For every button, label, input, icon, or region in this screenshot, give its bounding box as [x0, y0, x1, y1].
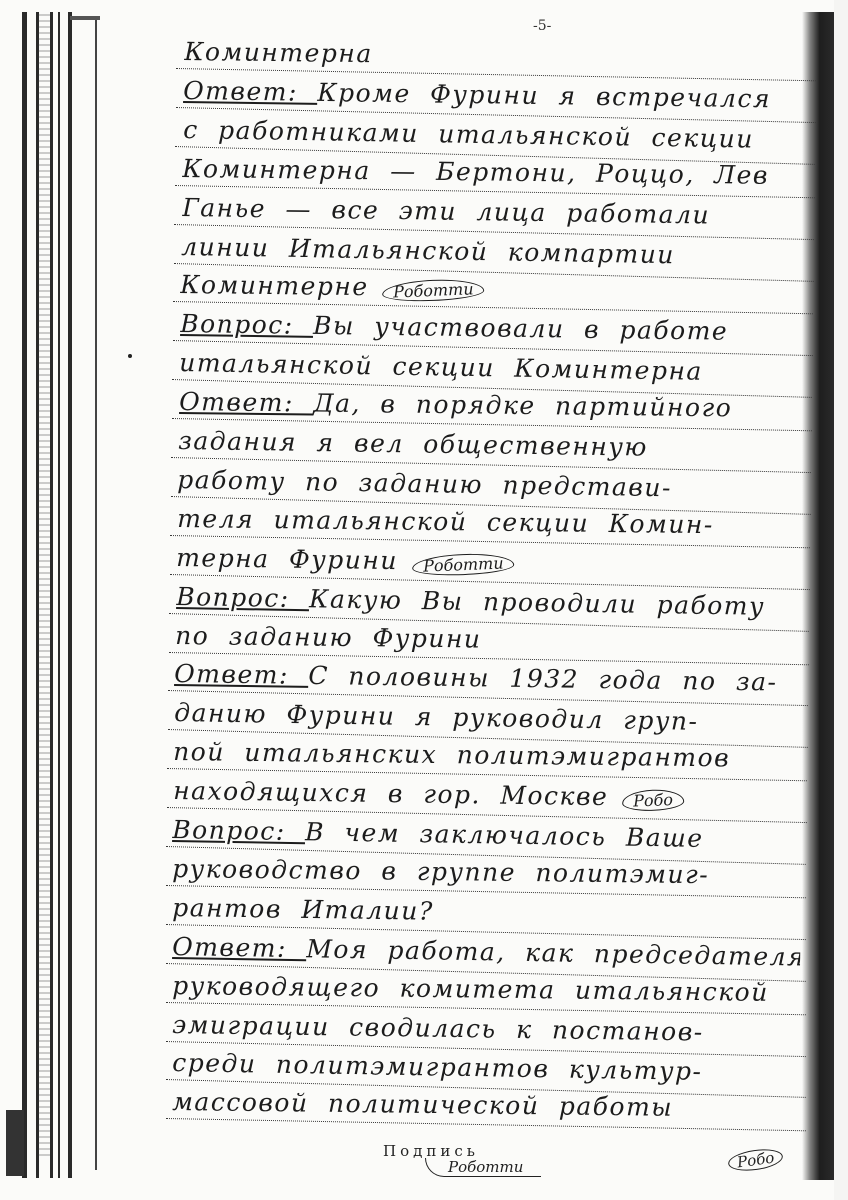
handwritten-line: данию Фурини я руководил груп- — [174, 698, 802, 738]
line-text: Какую Вы проводили работу — [309, 584, 765, 621]
line-text: среди политэмигрантов культур- — [172, 1048, 703, 1086]
line-text: С половины 1932 года по за- — [309, 661, 779, 697]
handwritten-line: Вопрос: В чем заключалось Ваше — [172, 815, 800, 855]
signature: Роботти — [425, 1158, 541, 1177]
handwritten-line: Ответ: Да, в порядке партийного — [179, 387, 807, 423]
handwritten-line: Ганье — все эти лица работали — [182, 193, 810, 231]
handwritten-line: Вопрос: Вы участвовали в работе — [180, 309, 808, 347]
handwritten-line: массовой политической работы — [172, 1087, 800, 1123]
qa-label: Ответ: — [174, 659, 309, 690]
handwritten-line: по заданию Фурини — [175, 621, 803, 657]
handwritten-line: среди политэмигрантов культур- — [172, 1048, 800, 1088]
handwritten-line: Вопрос: Какую Вы проводили работу — [176, 582, 804, 622]
handwritten-line: эмиграции сводилась к постанов- — [172, 1010, 800, 1048]
line-text: эмиграции сводилась к постанов- — [172, 1010, 704, 1047]
line-text: находящихся в гор. Москве — [173, 776, 609, 811]
handwritten-line: КоминтернеРоботти — [180, 270, 808, 306]
line-text: Коминтерне — [180, 270, 369, 301]
handwritten-line: Ответ: Моя работа, как председателя — [172, 932, 800, 972]
handwritten-line: терна ФуриниРоботти — [176, 543, 804, 581]
qa-label: Вопрос: — [172, 815, 305, 846]
handwritten-line: итальянской секции Коминтерна — [179, 348, 807, 388]
qa-label: Ответ: — [179, 387, 313, 418]
inline-signature: Робо — [621, 789, 684, 812]
handwritten-line: находящихся в гор. МосквеРобо — [173, 776, 801, 814]
handwritten-line: с работниками итальянской секции — [183, 115, 811, 155]
line-text: Вы участвовали в работе — [313, 311, 728, 346]
line-text: работу по заданию представи- — [177, 465, 672, 502]
handwritten-line: рантов Италии? — [172, 893, 800, 931]
line-text: по заданию Фурини — [175, 621, 482, 654]
handwritten-line: задания я вел общественную — [178, 426, 806, 464]
line-text: теля итальянской секции Комин- — [177, 504, 714, 539]
line-text: итальянской секции Коминтерна — [179, 348, 703, 386]
qa-label: Ответ: — [183, 76, 318, 107]
line-text: пой итальянских политэмигрантов — [173, 737, 730, 772]
line-text: В чем заключалось Ваше — [305, 817, 704, 853]
line-text: Коминтерна — [184, 37, 373, 68]
handwritten-line: Ответ: Кроме Фурини я встречался — [183, 76, 811, 114]
handwritten-line: работу по заданию представи- — [177, 465, 805, 505]
qa-label: Вопрос: — [180, 309, 313, 340]
line-text: Да, в порядке партийного — [313, 389, 732, 423]
handwritten-line: линии Итальянской компартии — [181, 232, 809, 272]
document-page: -5- КоминтернаОтвет: Кроме Фурини я встр… — [0, 0, 848, 1200]
line-text: линии Итальянской компартии — [181, 232, 675, 269]
line-text: задания я вел общественную — [178, 426, 648, 462]
line-text: рантов Италии? — [172, 893, 434, 926]
handwritten-line: руководство в группе политэмиг- — [172, 854, 800, 890]
inline-signature: Роботти — [383, 278, 486, 303]
qa-label: Ответ: — [172, 932, 307, 963]
line-text: руководство в группе политэмиг- — [172, 854, 709, 889]
line-text: Ганье — все эти лица работали — [182, 193, 710, 229]
handwritten-line: теля итальянской секции Комин- — [177, 504, 805, 540]
line-text: данию Фурини я руководил груп- — [174, 698, 699, 736]
inline-signature: Роботти — [412, 552, 515, 577]
line-text: массовой политической работы — [172, 1087, 673, 1122]
handwritten-line: Коминтерна — Бертони, Роццо, Лев — [182, 154, 810, 190]
line-text: с работниками итальянской секции — [183, 115, 754, 154]
qa-label: Вопрос: — [176, 582, 309, 613]
handwritten-line: Ответ: С половины 1932 года по за- — [174, 659, 802, 697]
handwritten-text: КоминтернаОтвет: Кроме Фурини я встречал… — [0, 0, 848, 1200]
line-text: терна Фурини — [176, 543, 398, 575]
line-text: руководящего комитета итальянской — [172, 971, 769, 1007]
handwritten-line: руководящего комитета итальянской — [172, 971, 800, 1007]
handwritten-line: Коминтерна — [184, 37, 812, 73]
line-text: Моя работа, как председателя — [306, 934, 800, 971]
handwritten-line: пой итальянских политэмигрантов — [173, 737, 801, 773]
line-text: Кроме Фурини я встречался — [318, 78, 772, 113]
line-text: Коминтерна — Бертони, Роццо, Лев — [182, 154, 769, 190]
